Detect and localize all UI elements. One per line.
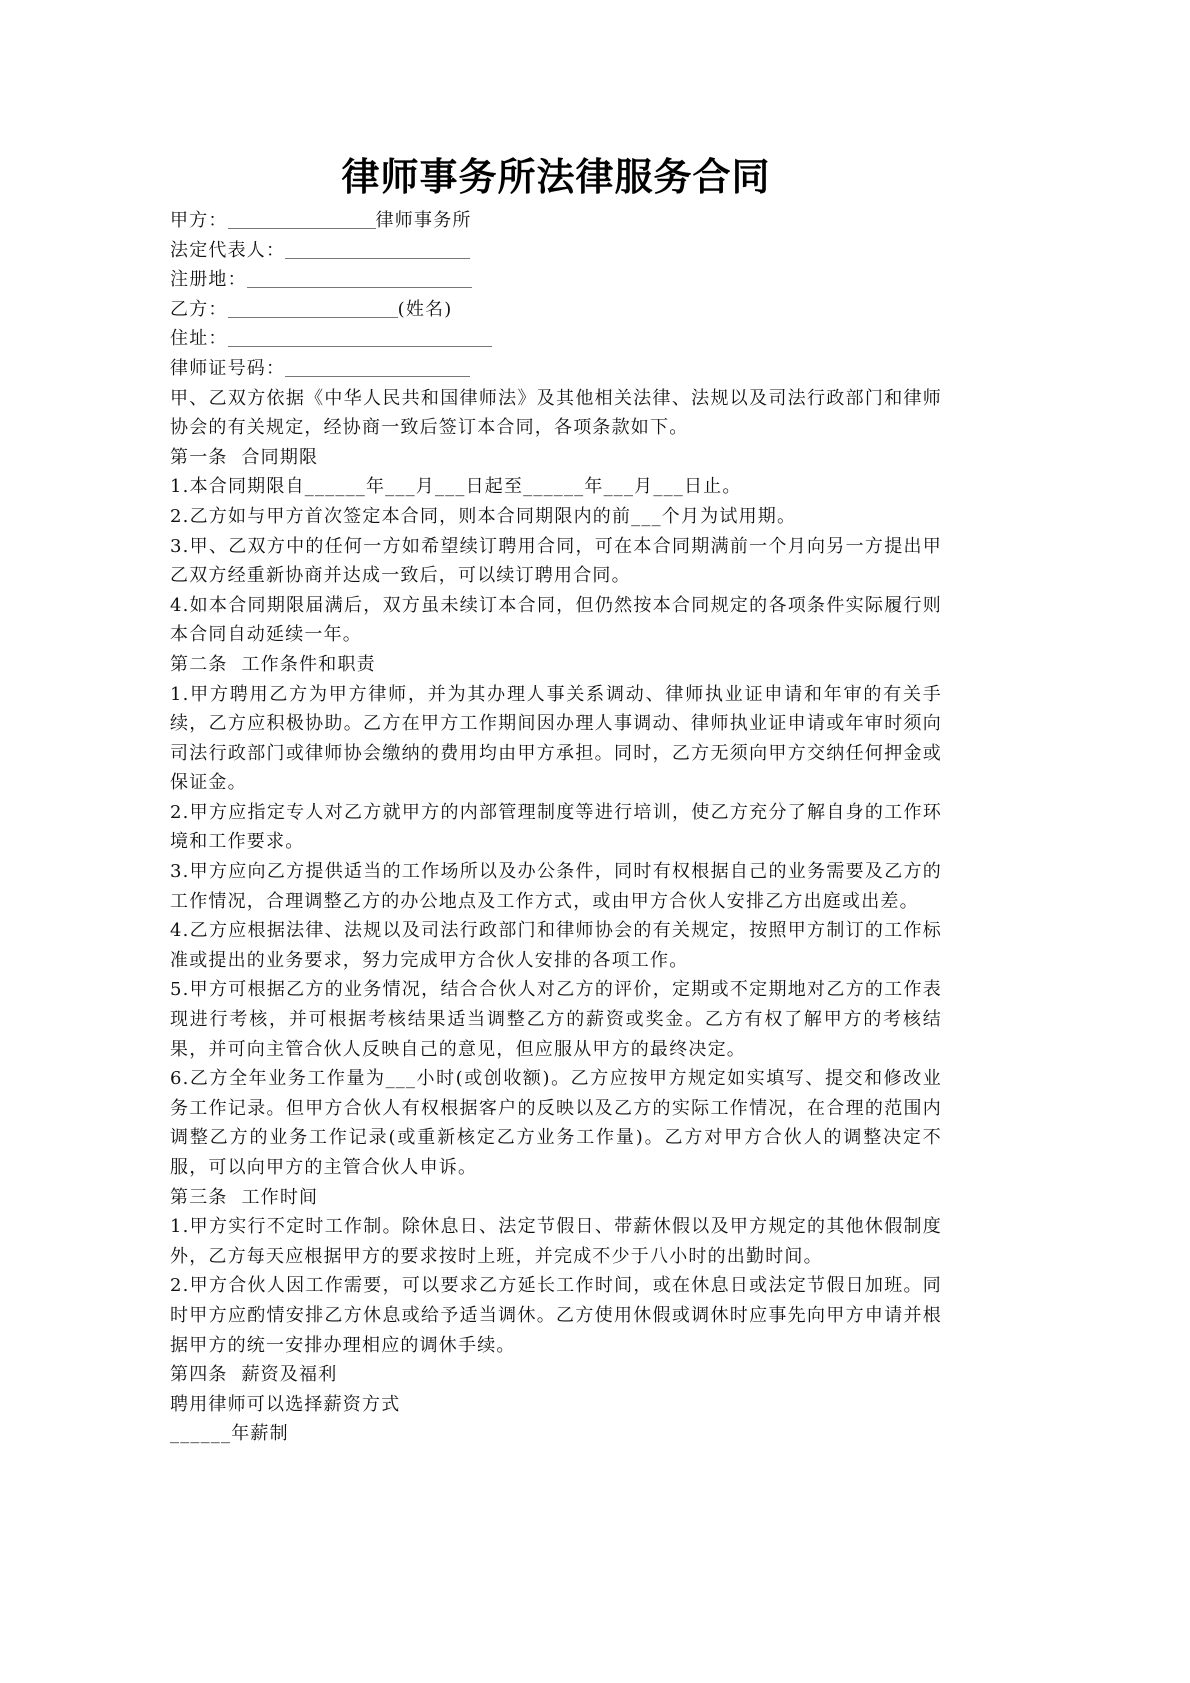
field-label: 甲方：: [170, 210, 228, 231]
field-suffix: 律师事务所: [376, 210, 472, 231]
clause: 4.如本合同期限届满后，双方虽未续订本合同，但仍然按本合同规定的各项条件实际履行…: [170, 591, 942, 650]
clause: 4.乙方应根据法律、法规以及司法行政部门和律师协会的有关规定，按照甲方制订的工作…: [170, 916, 942, 975]
article-heading: 第一条 合同期限: [170, 443, 942, 473]
clause: 1.甲方实行不定时工作制。除休息日、法定节假日、带薪休假以及甲方规定的其他休假制…: [170, 1212, 942, 1271]
clause: 2.甲方合伙人因工作需要，可以要求乙方延长工作时间，或在休息日或法定节假日加班。…: [170, 1271, 942, 1360]
article-heading: 第四条 薪资及福利: [170, 1360, 942, 1390]
clause: 2.甲方应指定专人对乙方就甲方的内部管理制度等进行培训，使乙方充分了解自身的工作…: [170, 798, 942, 857]
article-heading: 第二条 工作条件和职责: [170, 650, 942, 680]
field-label: 注册地：: [170, 269, 247, 290]
blank-line: [228, 299, 398, 318]
field-address: 住址：: [170, 324, 942, 354]
blank-line: [285, 240, 470, 259]
blank-line: [247, 269, 472, 288]
clause: ______年薪制: [170, 1419, 942, 1449]
article-heading: 第三条 工作时间: [170, 1183, 942, 1213]
article-2: 第二条 工作条件和职责 1.甲方聘用乙方为甲方律师，并为其办理人事关系调动、律师…: [170, 650, 942, 1183]
field-legal-representative: 法定代表人：: [170, 236, 942, 266]
article-1: 第一条 合同期限 1.本合同期限自______年___月___日起至______…: [170, 443, 942, 650]
blank-line: [228, 328, 492, 347]
field-label: 乙方：: [170, 299, 228, 320]
clause: 1.本合同期限自______年___月___日起至______年___月___日…: [170, 472, 942, 502]
field-lawyer-license-number: 律师证号码：: [170, 354, 942, 384]
clause: 5.甲方可根据乙方的业务情况，结合合伙人对乙方的评价，定期或不定期地对乙方的工作…: [170, 975, 942, 1064]
clause: 3.甲方应向乙方提供适当的工作场所以及办公条件，同时有权根据自己的业务需要及乙方…: [170, 857, 942, 916]
field-label: 住址：: [170, 328, 228, 349]
field-suffix: (姓名): [398, 299, 453, 320]
article-3: 第三条 工作时间 1.甲方实行不定时工作制。除休息日、法定节假日、带薪休假以及甲…: [170, 1183, 942, 1361]
field-label: 律师证号码：: [170, 358, 285, 379]
clause: 3.甲、乙双方中的任何一方如希望续订聘用合同，可在本合同期满前一个月向另一方提出…: [170, 532, 942, 591]
document-title: 律师事务所法律服务合同: [170, 152, 942, 202]
clause: 6.乙方全年业务工作量为___小时(或创收额)。乙方应按甲方规定如实填写、提交和…: [170, 1064, 942, 1182]
blank-line: [285, 358, 470, 377]
blank-line: [228, 210, 376, 229]
field-registered-address: 注册地：: [170, 265, 942, 295]
field-label: 法定代表人：: [170, 240, 285, 261]
preamble: 甲、乙双方依据《中华人民共和国律师法》及其他相关法律、法规以及司法行政部门和律师…: [170, 384, 942, 443]
field-party-b: 乙方：(姓名): [170, 295, 942, 325]
clause: 2.乙方如与甲方首次签定本合同，则本合同期限内的前___个月为试用期。: [170, 502, 942, 532]
header-fields: 甲方：律师事务所 法定代表人： 注册地： 乙方：(姓名) 住址： 律师证号码：: [170, 206, 942, 384]
clause: 1.甲方聘用乙方为甲方律师，并为其办理人事关系调动、律师执业证申请和年审的有关手…: [170, 680, 942, 798]
article-4: 第四条 薪资及福利 聘用律师可以选择薪资方式 ______年薪制: [170, 1360, 942, 1449]
contract-page: 律师事务所法律服务合同 甲方：律师事务所 法定代表人： 注册地： 乙方：(姓名)…: [170, 152, 942, 1449]
field-party-a: 甲方：律师事务所: [170, 206, 942, 236]
clause: 聘用律师可以选择薪资方式: [170, 1390, 942, 1420]
